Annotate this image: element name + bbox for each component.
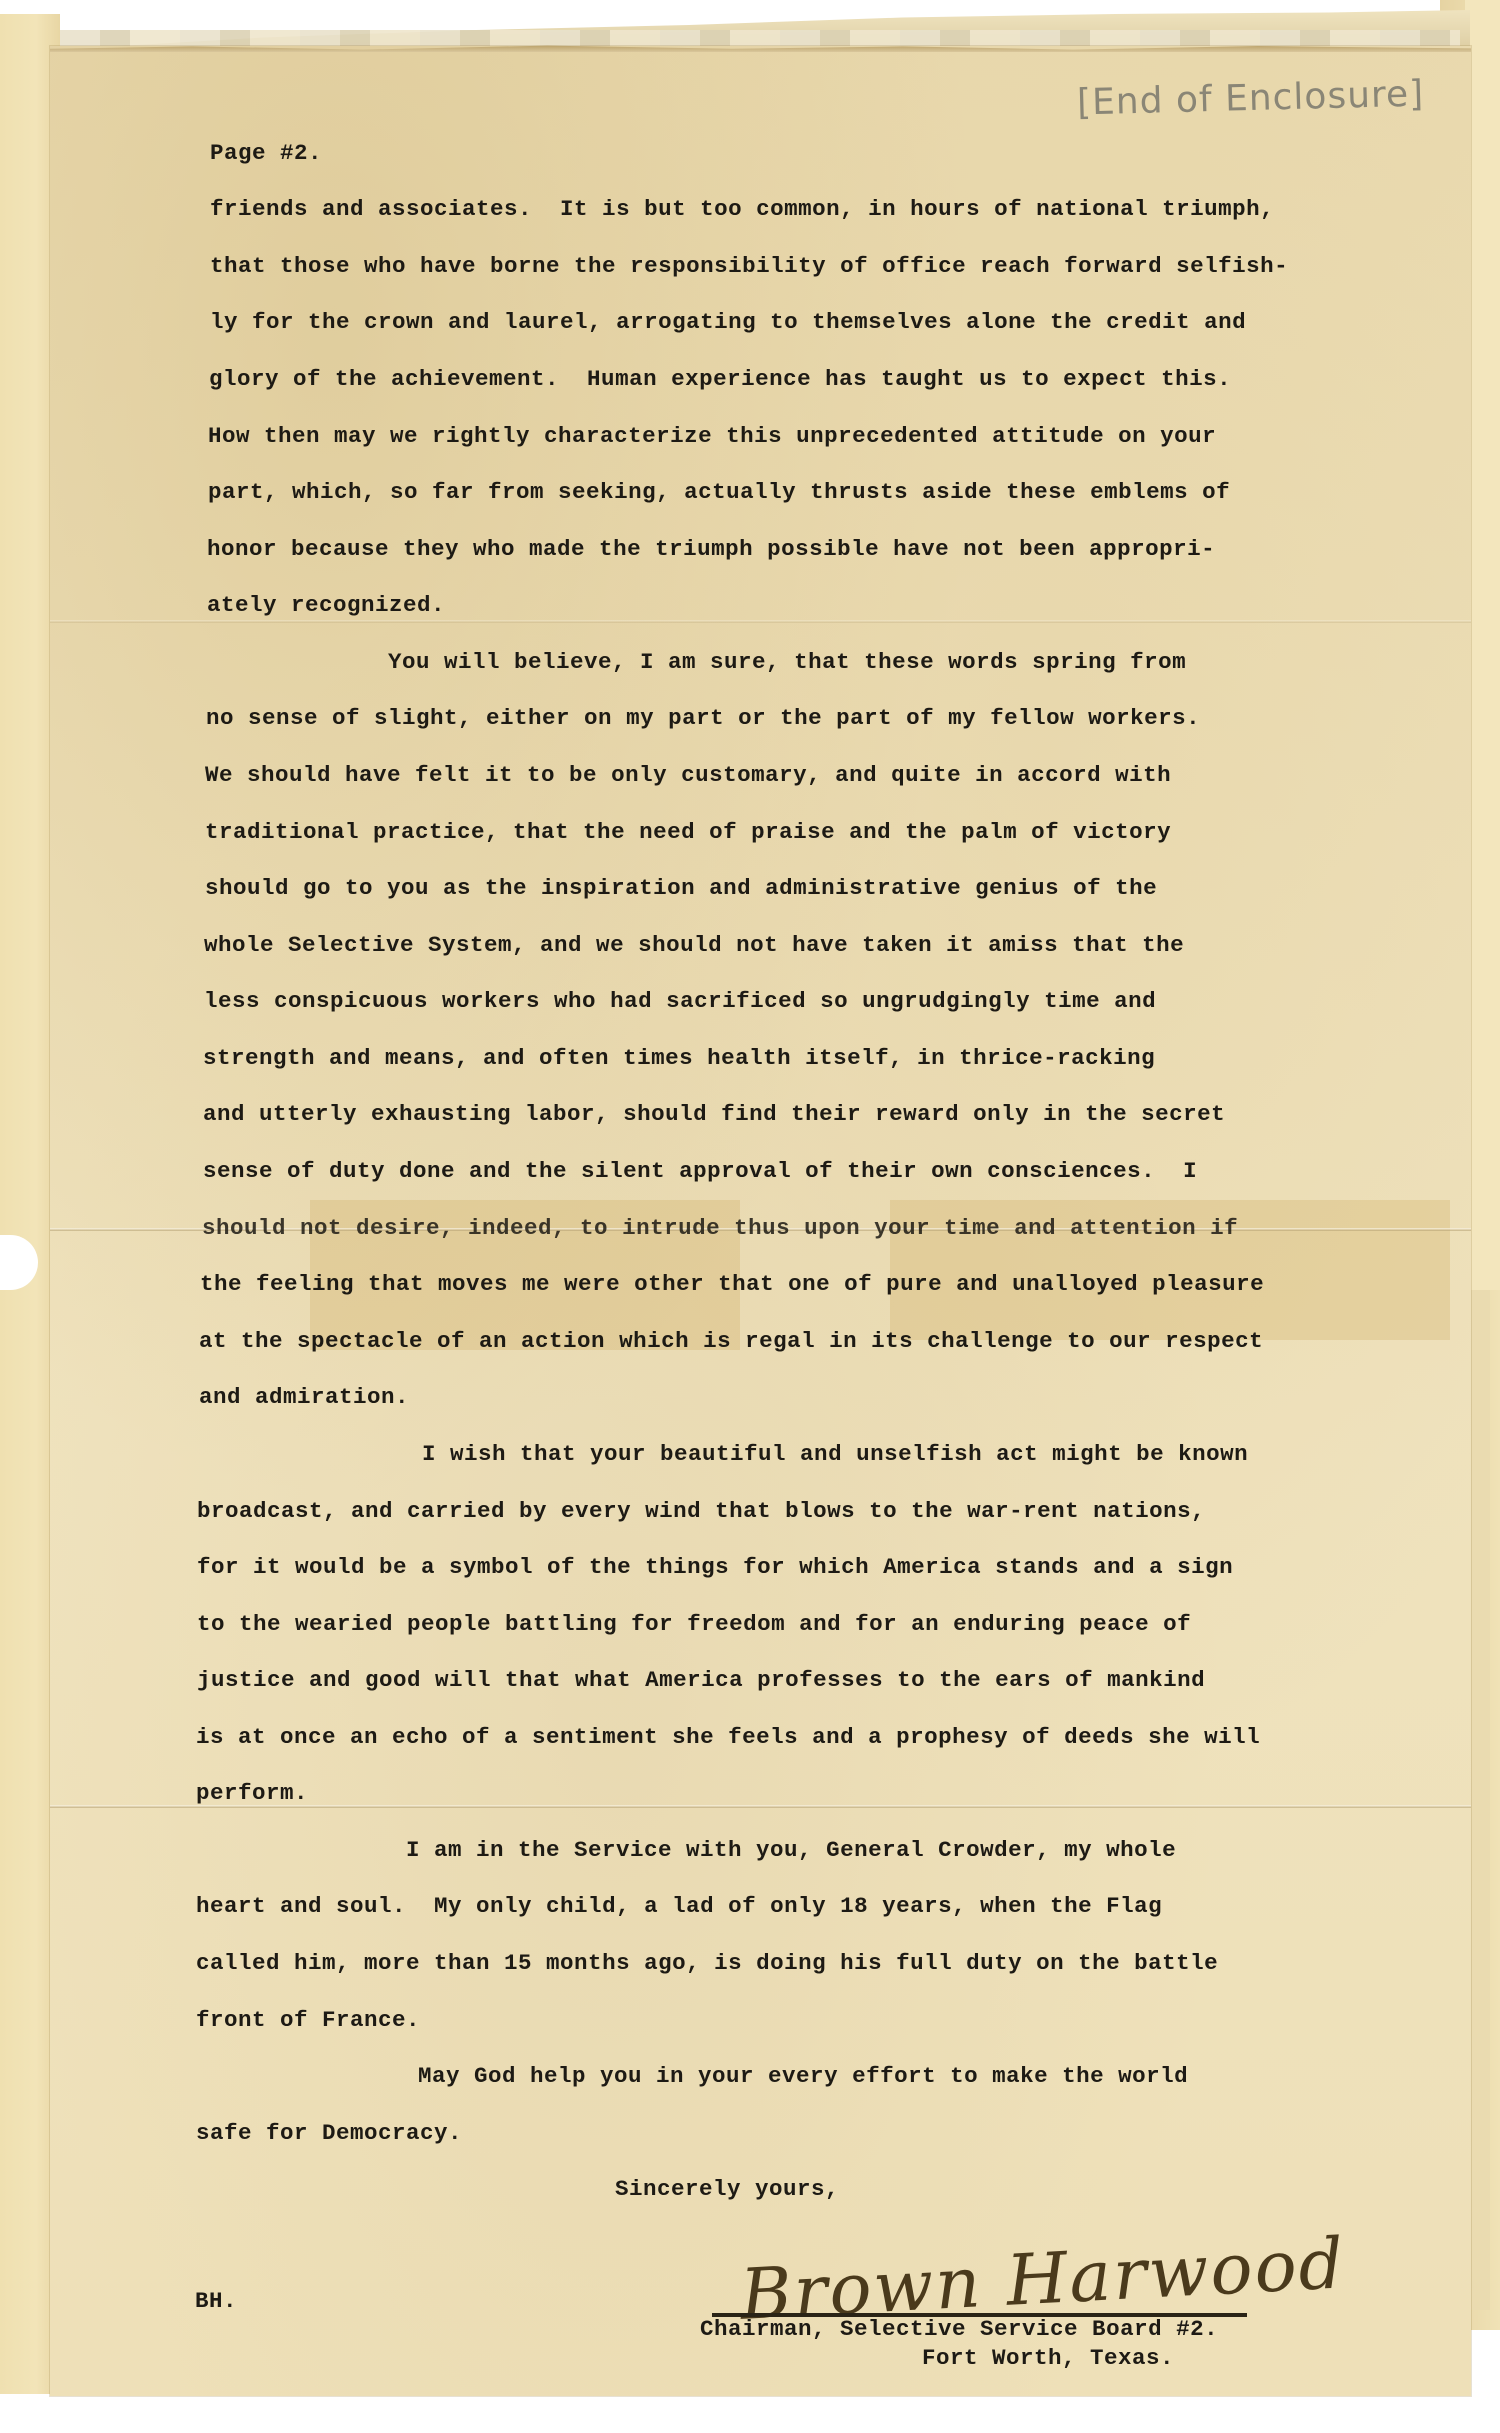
body-line: traditional practice, that the need of p…: [205, 821, 1171, 844]
body-line: ately recognized.: [207, 594, 445, 617]
body-line: for it would be a symbol of the things f…: [197, 1556, 1233, 1579]
body-line: is at once an echo of a sentiment she fe…: [196, 1726, 1260, 1749]
body-line: and admiration.: [199, 1386, 409, 1409]
body-line: whole Selective System, and we should no…: [204, 934, 1184, 957]
body-line: safe for Democracy.: [196, 2122, 462, 2145]
body-line: We should have felt it to be only custom…: [205, 764, 1171, 787]
body-line: You will believe, I am sure, that these …: [388, 651, 1186, 674]
body-line: perform.: [196, 1782, 308, 1805]
body-line: sense of duty done and the silent approv…: [203, 1160, 1197, 1183]
body-line: ly for the crown and laurel, arrogating …: [210, 311, 1246, 334]
body-line: strength and means, and often times heal…: [203, 1047, 1155, 1070]
body-line: justice and good will that what America …: [197, 1669, 1205, 1692]
body-line: broadcast, and carried by every wind tha…: [197, 1500, 1205, 1523]
body-line: called him, more than 15 months ago, is …: [196, 1952, 1218, 1975]
body-line: front of France.: [196, 2009, 420, 2032]
body-line: heart and soul. My only child, a lad of …: [196, 1895, 1162, 1918]
body-line: honor because they who made the triumph …: [207, 538, 1215, 561]
body-line: should not desire, indeed, to intrude th…: [202, 1217, 1238, 1240]
fold-line: [50, 620, 1471, 623]
body-line: should go to you as the inspiration and …: [205, 877, 1157, 900]
initials: BH.: [195, 2290, 237, 2313]
body-line: the feeling that moves me were other tha…: [200, 1273, 1264, 1296]
signer-title: Chairman, Selective Service Board #2.: [700, 2318, 1218, 2341]
body-line: at the spectacle of an action which is r…: [199, 1330, 1263, 1353]
body-line: part, which, so far from seeking, actual…: [208, 481, 1230, 504]
signer-location: Fort Worth, Texas.: [922, 2347, 1174, 2370]
body-line: May God help you in your every effort to…: [418, 2065, 1188, 2088]
body-line: less conspicuous workers who had sacrifi…: [204, 990, 1156, 1013]
body-line: to the wearied people battling for freed…: [197, 1613, 1191, 1636]
body-line: I am in the Service with you, General Cr…: [406, 1839, 1176, 1862]
body-line: friends and associates. It is but too co…: [210, 198, 1274, 221]
salutation: Sincerely yours,: [615, 2178, 839, 2201]
page-label: Page #2.: [210, 142, 322, 165]
body-line: that those who have borne the responsibi…: [210, 255, 1288, 278]
body-line: and utterly exhausting labor, should fin…: [203, 1103, 1225, 1126]
body-line: no sense of slight, either on my part or…: [206, 707, 1200, 730]
body-line: How then may we rightly characterize thi…: [208, 425, 1216, 448]
body-line: I wish that your beautiful and unselfish…: [422, 1443, 1248, 1466]
body-line: glory of the achievement. Human experien…: [209, 368, 1231, 391]
